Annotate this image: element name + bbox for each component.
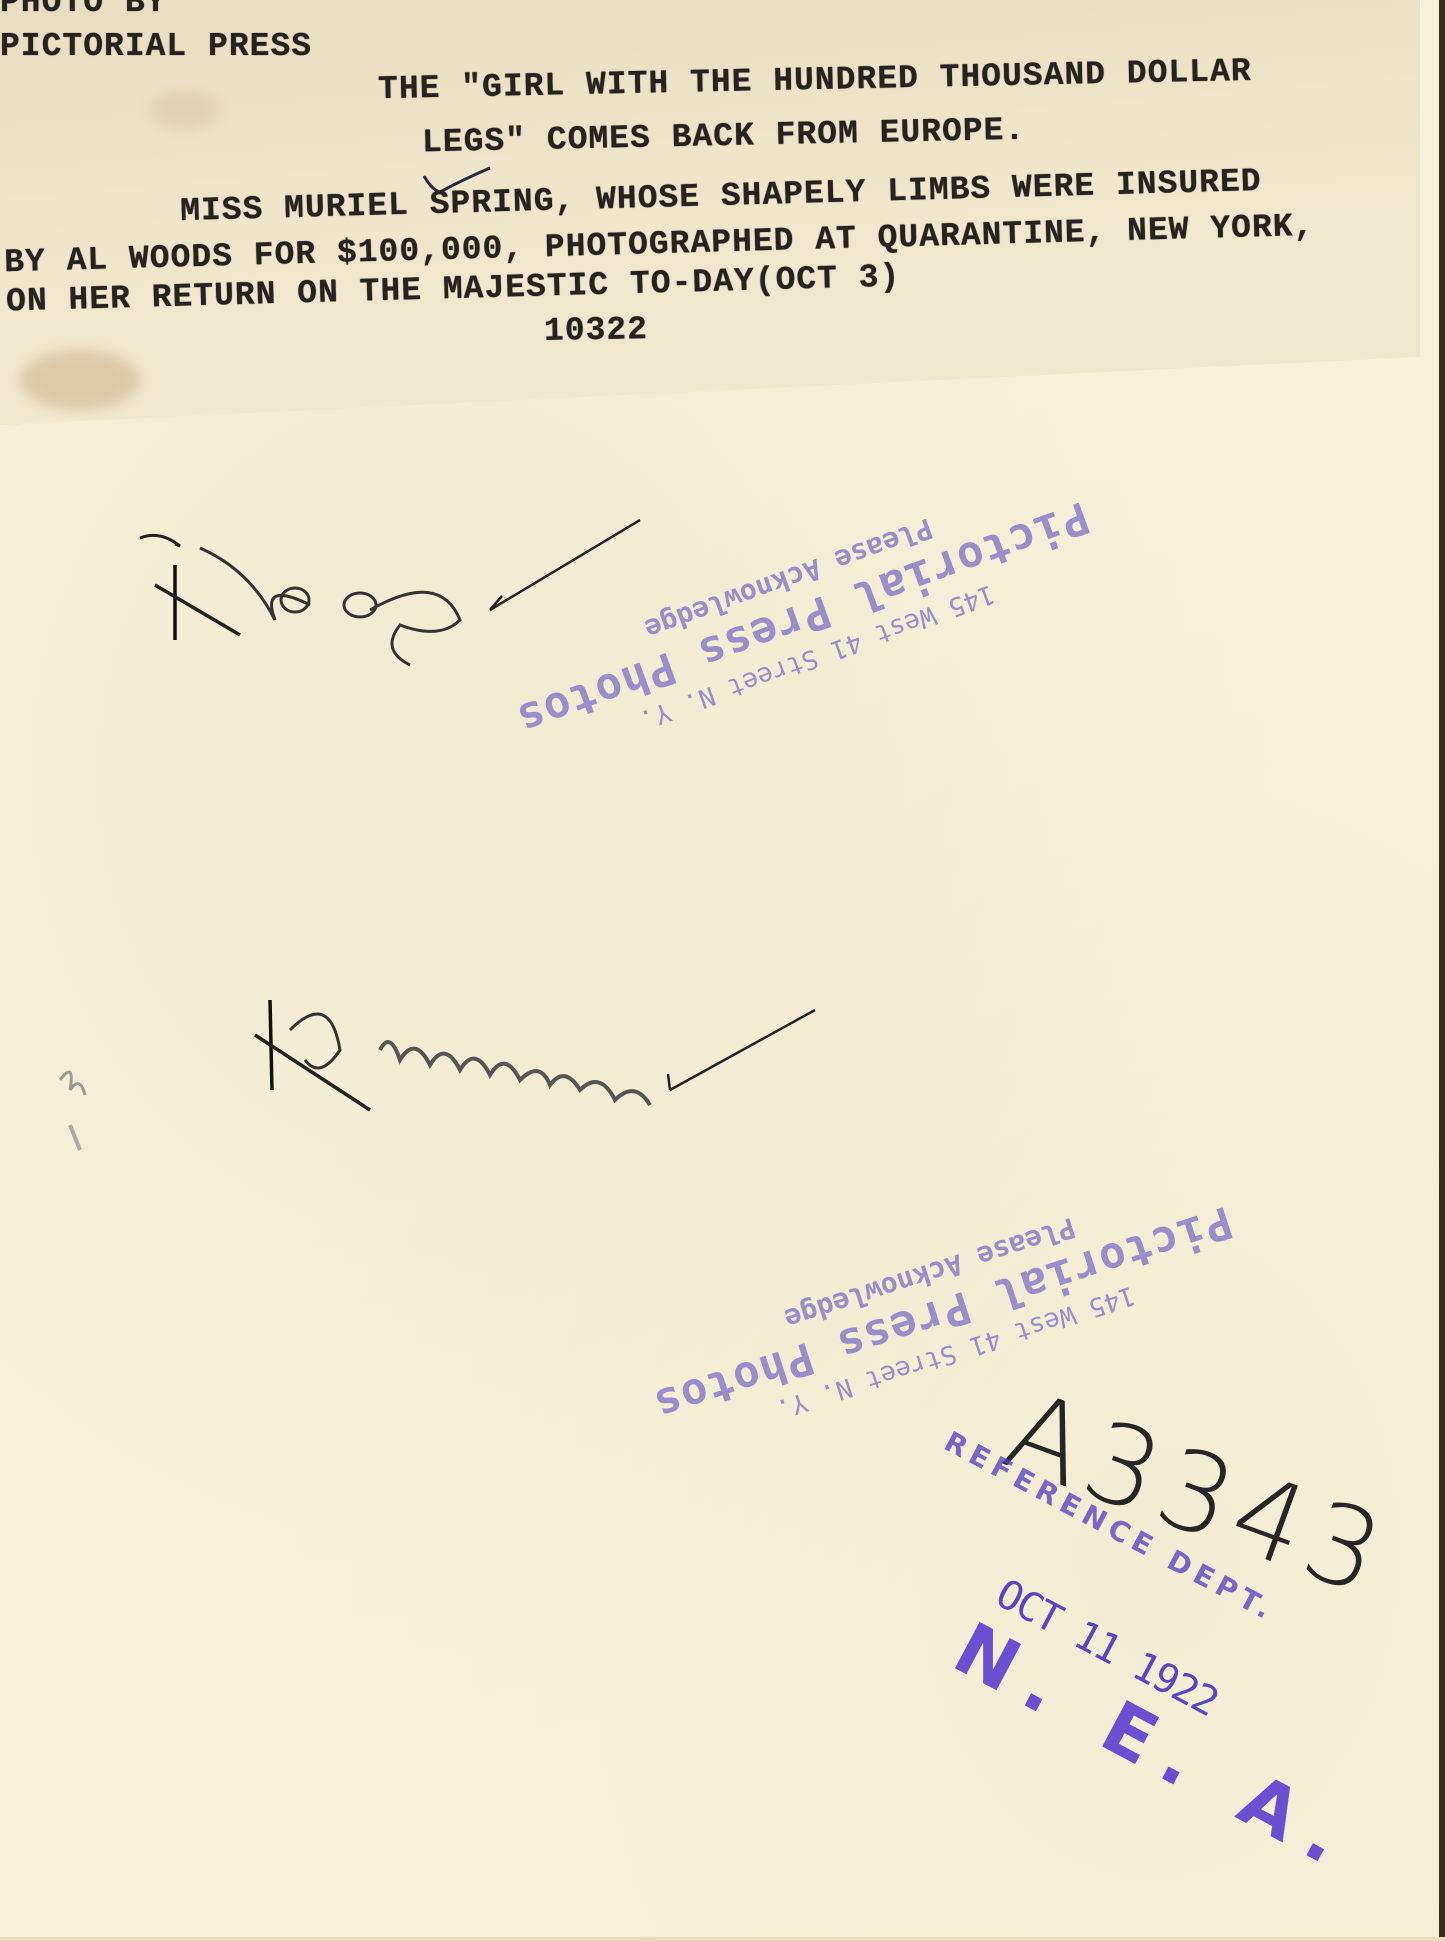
photo-number: 10322 [544,311,649,350]
stain [20,350,140,410]
photo-back: PHOTO BY PICTORIAL PRESS THE "GIRL WITH … [0,0,1445,1941]
card-edge [0,1937,1445,1941]
stain [150,90,220,130]
headline-line: THE "GIRL WITH THE HUNDRED THOUSAND DOLL… [378,53,1252,108]
headline-line: LEGS" COMES BACK FROM EUROPE. [422,112,1026,162]
credit-line: PICTORIAL PRESS [0,28,312,65]
caption-slip: PHOTO BY PICTORIAL PRESS THE "GIRL WITH … [0,0,1420,425]
stamp-publisher: Pictorial Press Photos [647,1196,1238,1431]
card-edge [1439,0,1445,1941]
handwritten-margin-mark [50,1050,100,1160]
handwritten-insurance: Insurance [240,990,940,1130]
credit-line: PHOTO BY [0,0,166,21]
